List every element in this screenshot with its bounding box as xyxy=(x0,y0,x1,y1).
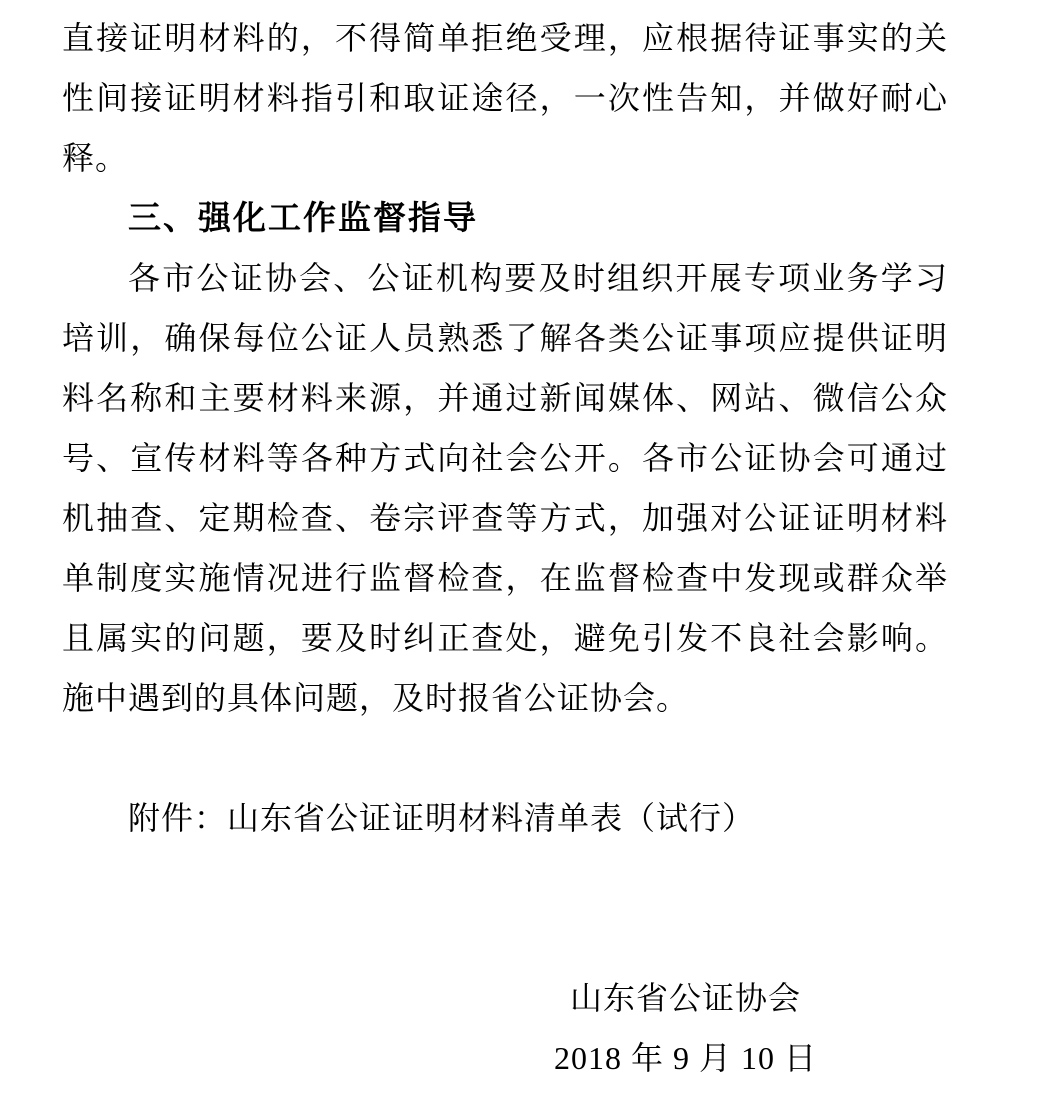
body-text-line: 释。 xyxy=(62,128,948,188)
body-text-line: 单制度实施情况进行监督检查，在监督检查中发现或群众举报 xyxy=(62,548,948,608)
paragraph-supervision: 各市公证协会、公证机构要及时组织开展专项业务学习和 培训，确保每位公证人员熟悉了… xyxy=(62,248,948,728)
paragraph-continuation: 直接证明材料的，不得简单拒绝受理，应根据待证事实的关联 性间接证明材料指引和取证… xyxy=(62,8,948,188)
body-text-line: 号、宣传材料等各种方式向社会公开。各市公证协会可通过随 xyxy=(62,428,948,488)
document-page: 直接证明材料的，不得简单拒绝受理，应根据待证事实的关联 性间接证明材料指引和取证… xyxy=(0,0,1048,1116)
signature-organization: 山东省公证协会 xyxy=(554,968,817,1028)
body-text-line: 施中遇到的具体问题，及时报省公证协会。 xyxy=(62,668,948,728)
signature-date: 2018 年 9 月 10 日 xyxy=(554,1028,817,1088)
body-text-line: 直接证明材料的，不得简单拒绝受理，应根据待证事实的关联 xyxy=(62,8,948,68)
body-text-line: 料名称和主要材料来源，并通过新闻媒体、网站、微信公众 xyxy=(62,368,948,428)
body-text-line: 性间接证明材料指引和取证途径，一次性告知，并做好耐心解 xyxy=(62,68,948,128)
body-text-line: 机抽查、定期检查、卷宗评查等方式，加强对公证证明材料清 xyxy=(62,488,948,548)
section-heading: 三、强化工作监督指导 xyxy=(62,188,948,248)
signature-block: 山东省公证协会 2018 年 9 月 10 日 xyxy=(554,968,817,1088)
body-text-line: 且属实的问题，要及时纠正查处，避免引发不良社会影响。实 xyxy=(62,608,948,668)
body-text-line: 培训，确保每位公证人员熟悉了解各类公证事项应提供证明材 xyxy=(62,308,948,368)
attachment-line: 附件：山东省公证证明材料清单表（试行） xyxy=(62,788,948,848)
body-text-line: 各市公证协会、公证机构要及时组织开展专项业务学习和 xyxy=(62,248,948,308)
